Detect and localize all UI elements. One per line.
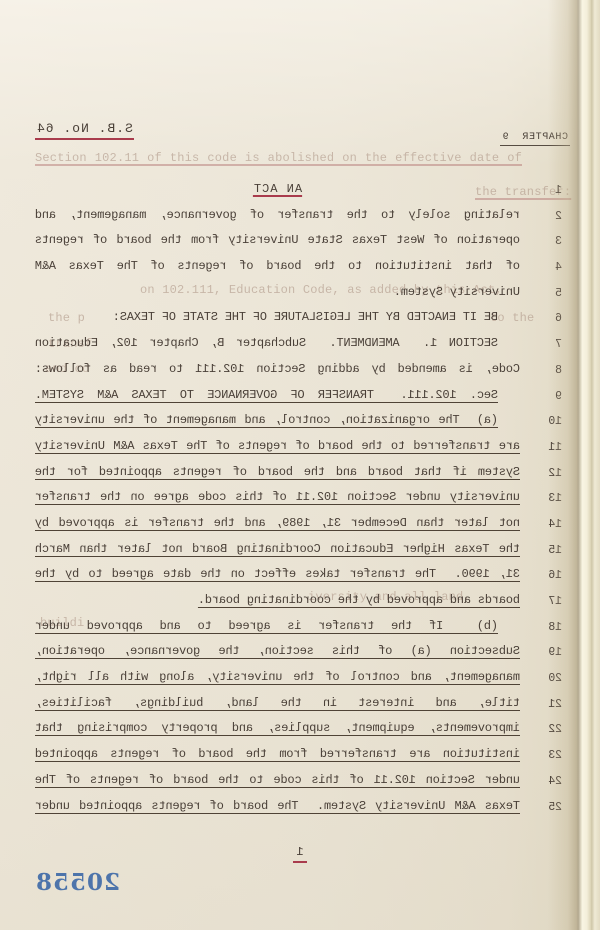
line-number: 11 <box>549 441 562 454</box>
line-text: institution are transferred from the boa… <box>35 747 520 761</box>
line-number: 8 <box>555 364 562 377</box>
mirrored-scan-content: CHAPTER 9 S.B. No. 64 1AN ACT2relating s… <box>0 0 600 930</box>
line-text: operation of West Texas State University… <box>35 233 520 247</box>
bill-line: 1631, 1990. The transfer takes effect on… <box>35 567 565 593</box>
line-text: (b) If the transfer is agreed to and app… <box>35 619 520 633</box>
line-text: under Section 102.11 of this code to the… <box>35 773 520 787</box>
line-text: System if that board and the board of re… <box>35 465 520 479</box>
line-text: relating solely to the transfer of gover… <box>35 208 520 222</box>
bill-line: 23institution are transferred from the b… <box>35 747 565 773</box>
bill-line: 7SECTION 1. AMENDMENT. Subchapter B, Cha… <box>35 336 565 362</box>
bill-line: 1AN ACT <box>35 182 565 208</box>
line-number: 14 <box>549 518 562 531</box>
line-text: Code, is amended by adding Section 102.1… <box>35 362 520 376</box>
line-text: 31, 1990. The transfer takes effect on t… <box>35 567 520 581</box>
line-number: 21 <box>549 698 562 711</box>
line-text: title, and interest in the land, buildin… <box>35 696 520 710</box>
bill-line: 22improvements, equipment, supplies, and… <box>35 721 565 747</box>
line-number: 10 <box>549 415 562 428</box>
line-text: University System. <box>35 285 520 299</box>
bill-line: 6BE IT ENACTED BY THE LEGISLATURE OF THE… <box>35 310 565 336</box>
line-number: 12 <box>549 467 562 480</box>
line-number: 1 <box>555 184 562 197</box>
line-text: the Texas Higher Education Coordinating … <box>35 542 520 556</box>
line-number: 23 <box>549 749 562 762</box>
bill-line: 21title, and interest in the land, build… <box>35 696 565 722</box>
bill-line: 14not later than December 31, 1989, and … <box>35 516 565 542</box>
bill-line: 13university under Section 102.11 of thi… <box>35 490 565 516</box>
line-number: 17 <box>549 595 562 608</box>
line-number: 22 <box>549 723 562 736</box>
bill-line: 9Sec. 102.111. TRANSFER OF GOVERNANCE TO… <box>35 388 565 414</box>
line-number: 19 <box>549 646 562 659</box>
bill-line: 19Subsection (a) of this section, the go… <box>35 644 565 670</box>
line-text: Subsection (a) of this section, the gove… <box>35 644 520 658</box>
bill-line: 18(b) If the transfer is agreed to and a… <box>35 619 565 645</box>
line-text: boards and approved by the coordinating … <box>35 593 520 607</box>
chapter-label: CHAPTER 9 <box>500 132 570 146</box>
bill-line: 17boards and approved by the coordinatin… <box>35 593 565 619</box>
line-number: 7 <box>555 338 562 351</box>
line-text: are transferred to the board of regents … <box>35 439 520 453</box>
line-number: 20 <box>549 672 562 685</box>
line-number: 18 <box>549 621 562 634</box>
line-text: not later than December 31, 1989, and th… <box>35 516 520 530</box>
bill-line: 5University System. <box>35 285 565 311</box>
line-text: (a) The organization, control, and manag… <box>35 413 520 427</box>
line-number: 16 <box>549 569 562 582</box>
line-text: BE IT ENACTED BY THE LEGISLATURE OF THE … <box>35 310 520 324</box>
intake-stamp-number: 20558 <box>35 869 120 896</box>
line-text: university under Section 102.11 of this … <box>35 490 520 504</box>
line-number: 25 <box>549 801 562 814</box>
bill-line: 11are transferred to the board of regent… <box>35 439 565 465</box>
line-text: AN ACT <box>35 182 520 196</box>
bill-line: 20management, and control of the univers… <box>35 670 565 696</box>
line-number: 9 <box>555 390 562 403</box>
bill-body: 1AN ACT2relating solely to the transfer … <box>35 182 565 824</box>
line-text: of that institution to the board of rege… <box>35 259 520 273</box>
line-number: 15 <box>549 544 562 557</box>
scanned-bill-page: Section 102.11 of this code is abolished… <box>0 0 600 930</box>
bill-line: 10(a) The organization, control, and man… <box>35 413 565 439</box>
line-text: management, and control of the universit… <box>35 670 520 684</box>
line-number: 3 <box>555 235 562 248</box>
bill-line: 24under Section 102.11 of this code to t… <box>35 773 565 799</box>
bill-line: 3operation of West Texas State Universit… <box>35 233 565 259</box>
bill-line: 15the Texas Higher Education Coordinatin… <box>35 542 565 568</box>
line-text: Sec. 102.111. TRANSFER OF GOVERNANCE TO … <box>35 388 520 402</box>
line-text: Texas A&M University System. The board o… <box>35 799 520 813</box>
bill-line: 8Code, is amended by adding Section 102.… <box>35 362 565 388</box>
bill-line: 4of that institution to the board of reg… <box>35 259 565 285</box>
line-number: 2 <box>555 210 562 223</box>
bill-line: 25Texas A&M University System. The board… <box>35 799 565 825</box>
line-number: 6 <box>555 312 562 325</box>
line-text: improvements, equipment, supplies, and p… <box>35 721 520 735</box>
line-number: 24 <box>549 775 562 788</box>
bill-line: 12System if that board and the board of … <box>35 465 565 491</box>
bill-line: 2relating solely to the transfer of gove… <box>35 208 565 234</box>
page-number: 1 <box>293 845 306 863</box>
line-number: 4 <box>555 261 562 274</box>
line-number: 13 <box>549 492 562 505</box>
page-number-row: 1 <box>0 845 600 863</box>
line-number: 5 <box>555 287 562 300</box>
bill-number: S.B. No. 64 <box>35 121 134 140</box>
line-text: SECTION 1. AMENDMENT. Subchapter B, Chap… <box>35 336 520 350</box>
